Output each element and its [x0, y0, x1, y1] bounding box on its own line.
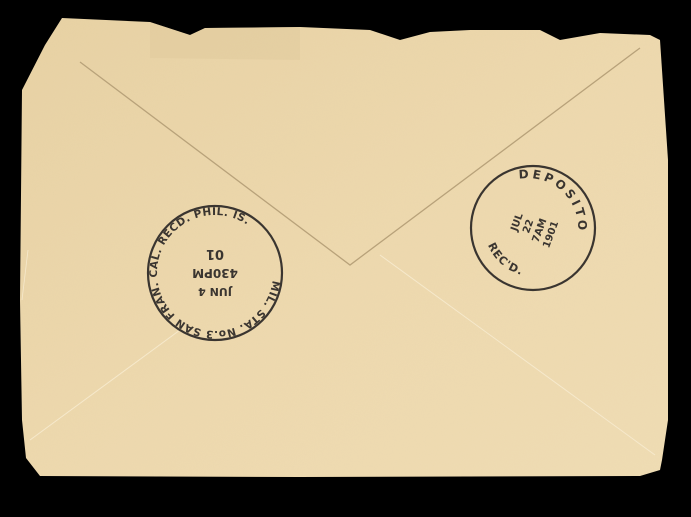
envelope-scene: MIL. STA. No.3 SAN FRAN. CAL. RECD. PHIL… — [0, 0, 691, 517]
left-postmark-year: 01 — [206, 246, 224, 261]
left-postmark-date: JUN 4 — [198, 285, 233, 298]
left-postmark-time: 430PM — [192, 266, 238, 280]
